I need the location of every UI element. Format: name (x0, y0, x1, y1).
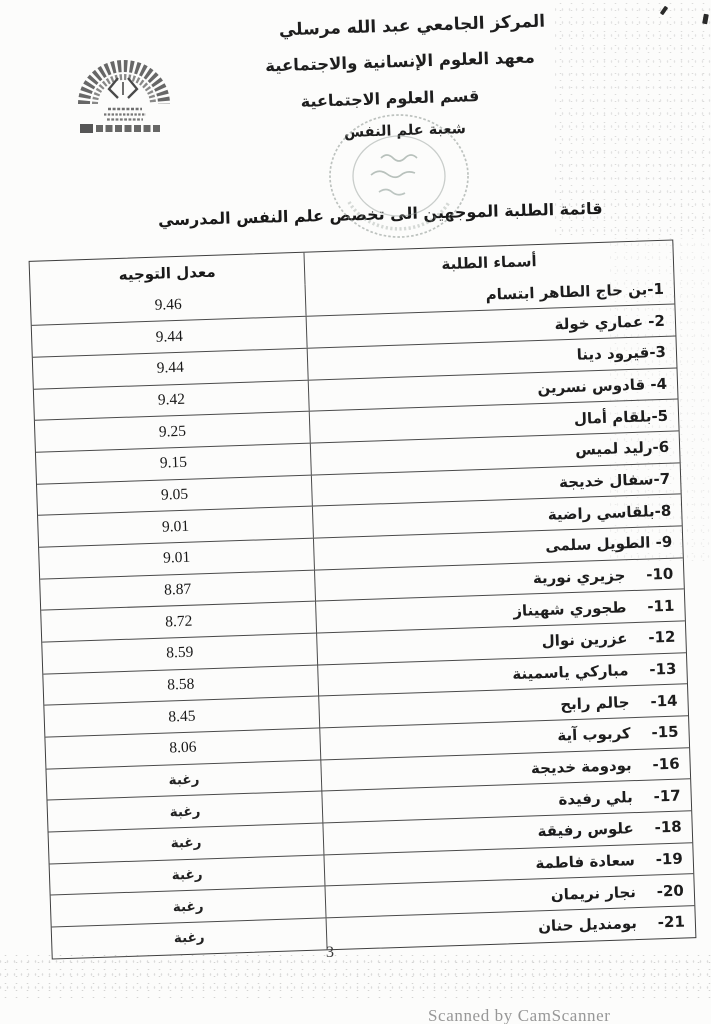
header-line-institution: المركز الجامعي عبد الله مرسلي (262, 11, 562, 41)
page-title: قائمة الطلبة الموجهين الى تخصص علم النفس… (158, 200, 573, 230)
header-line-division: شعبة علم النفس (330, 121, 480, 142)
header-line-institute: معهد العلوم الإنسانية والاجتماعية (240, 47, 560, 77)
university-emblem-icon (68, 52, 180, 144)
students-table-body: 9.461-بن حاج الطاهر ابتسام9.442- عماري خ… (31, 272, 696, 958)
camscanner-watermark: Scanned by CamScanner (428, 1006, 611, 1024)
header-line-department: قسم العلوم الاجتماعية (275, 85, 506, 112)
scan-noise (0, 952, 711, 998)
students-table: معدل التوجيه أسماء الطلبة 9.461-بن حاج ا… (29, 239, 697, 959)
document-page: { "page": { "header_lines": [ "المركز ال… (0, 0, 711, 1024)
page-number: 3 (318, 944, 342, 962)
